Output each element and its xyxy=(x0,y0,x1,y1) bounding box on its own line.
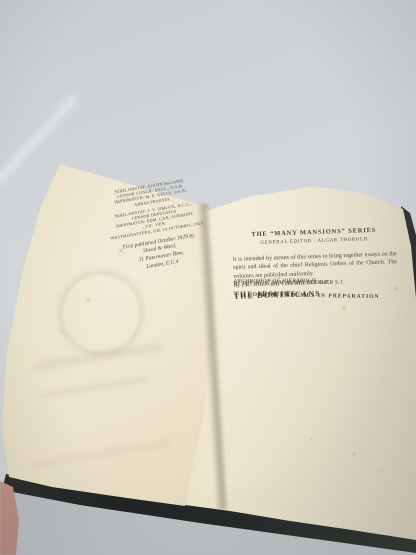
photo-vignette xyxy=(0,0,416,555)
book-photo: NIHIL OBSTAT: JUSTIN McCANN, CENSOR CONG… xyxy=(0,0,416,555)
